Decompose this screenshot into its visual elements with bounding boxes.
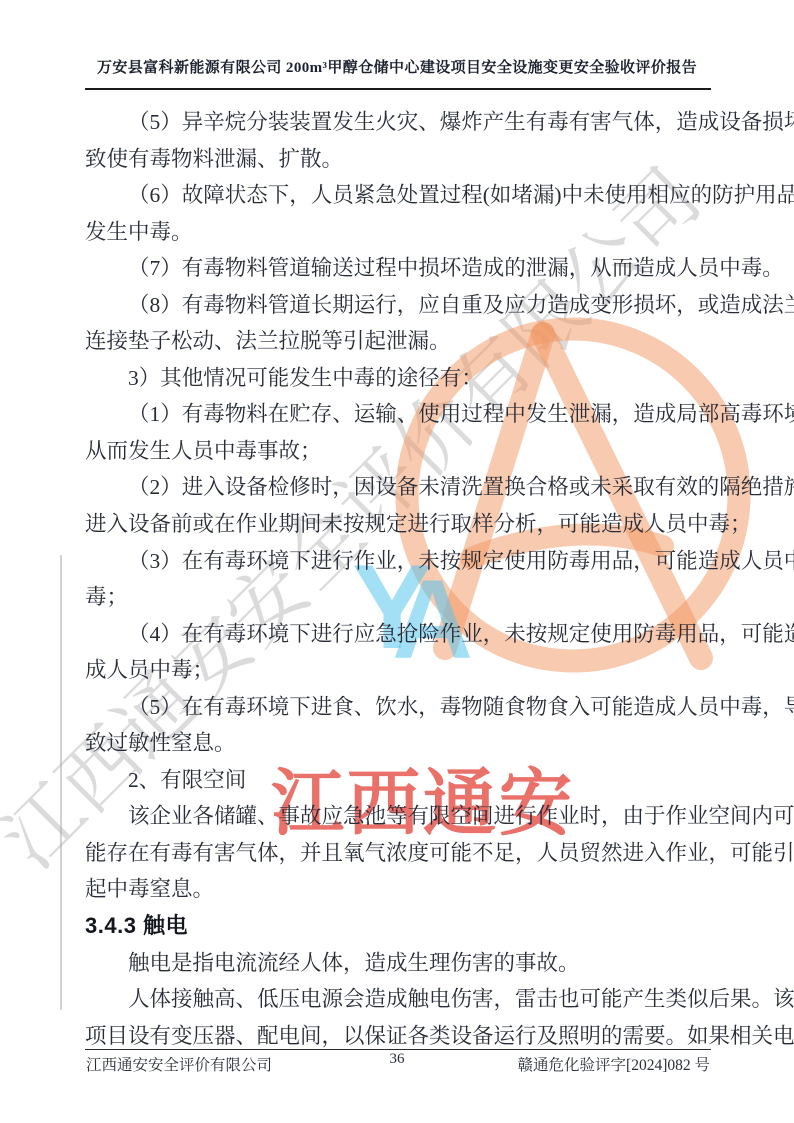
footer-divider [85, 1049, 711, 1050]
header-divider [85, 88, 711, 90]
text-line: 进入设备前或在作业期间未按规定进行取样分析，可能造成人员中毒； [85, 506, 717, 543]
body-lines: （5）异辛烷分装装置发生火灾、爆炸产生有毒有害气体，造成设备损坏致使有毒物料泄漏… [85, 104, 717, 1054]
text-line: 3）其他情况可能发生中毒的途径有： [85, 360, 717, 397]
text-line: 能存在有毒有害气体，并且氧气浓度可能不足，人员贸然进入作业，可能引 [85, 835, 717, 872]
text-line: （4）在有毒环境下进行应急抢险作业，未按规定使用防毒用品，可能造 [85, 616, 717, 653]
text-line: 成人员中毒； [85, 652, 717, 689]
scan-artifact-line [60, 555, 62, 1010]
section-heading: 3.4.3 触电 [85, 908, 717, 945]
text-line: （6）故障状态下，人员紧急处置过程(如堵漏)中未使用相应的防护用品， [85, 177, 717, 214]
text-line: 致使有毒物料泄漏、扩散。 [85, 141, 717, 178]
text-line: （1）有毒物料在贮存、运输、使用过程中发生泄漏，造成局部高毒环境， [85, 396, 717, 433]
text-line: 连接垫子松动、法兰拉脱等引起泄漏。 [85, 323, 717, 360]
text-line: （2）进入设备检修时，因设备未清洗置换合格或未采取有效的隔绝措施， [85, 469, 717, 506]
document-page: 江西通安安全评价有限公司 YA 江西通安 万安县富科新能源有限公司 200m³甲… [0, 0, 794, 1123]
text-line: 人体接触高、低压电源会造成触电伤害，雷击也可能产生类似后果。该 [85, 981, 717, 1018]
text-line: 致过敏性窒息。 [85, 725, 717, 762]
footer-document-number: 赣通危化验评字[2024]082 号 [518, 1053, 710, 1075]
page-title: 万安县富科新能源有限公司 200m³甲醇仓储中心建设项目安全设施变更安全验收评价… [42, 56, 752, 77]
text-line: （7）有毒物料管道输送过程中损坏造成的泄漏，从而造成人员中毒。 [85, 250, 717, 287]
text-line: （5）在有毒环境下进食、饮水，毒物随食物食入可能造成人员中毒，导 [85, 689, 717, 726]
text-line: 发生中毒。 [85, 214, 717, 251]
text-line: （8）有毒物料管道长期运行，应自重及应力造成变形损坏，或造成法兰 [85, 287, 717, 324]
text-line: 从而发生人员中毒事故； [85, 433, 717, 470]
text-line: （3）在有毒环境下进行作业，未按规定使用防毒用品，可能造成人员中 [85, 543, 717, 580]
text-line: 起中毒窒息。 [85, 871, 717, 908]
text-line: 该企业各储罐、事故应急池等有限空间进行作业时，由于作业空间内可 [85, 798, 717, 835]
text-line: 触电是指电流流经人体，造成生理伤害的事故。 [85, 945, 717, 982]
text-line: 2、有限空间 [85, 762, 717, 799]
text-line: 毒； [85, 579, 717, 616]
text-line: （5）异辛烷分装装置发生火灾、爆炸产生有毒有害气体，造成设备损坏 [85, 104, 717, 141]
